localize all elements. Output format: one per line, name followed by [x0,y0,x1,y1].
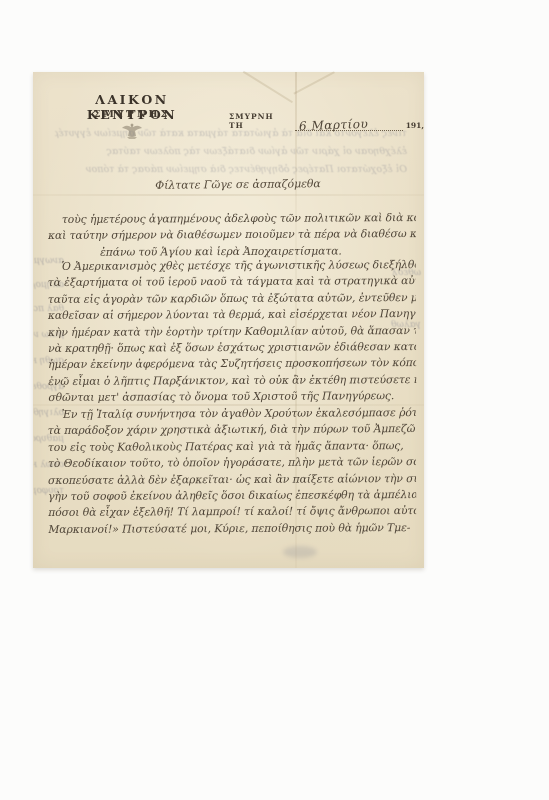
dateline-handwritten-date: 6 Μαρτίου [298,117,368,133]
handwriting-line: του εἰς τοὺς Καθολικοὺς Πατέρας καὶ γιὰ … [48,438,416,456]
handwriting-line: πόσοι θὰ εἶχαν ἐξελθῆ! Τί λαμπροί! τί κα… [48,503,416,521]
handwriting-line: ταῦτα εἰς ἀγορὰν τῶν καρδιῶν ὅπως τὰ ἐξώ… [48,290,416,308]
handwriting-line: τὰ ἐξαρτήματα οἱ τοῦ ἱεροῦ ναοῦ τὰ τάγμα… [48,273,416,291]
handwriting-line: Ὁ Ἀμερικανισμὸς χθὲς μετέσχε τῆς ἀγωνιστ… [48,257,416,275]
handwriting-line: γὴν τοῦ σοφοῦ ἐκείνου ἀληθεῖς ὅσοι δικαί… [48,487,416,505]
handwriting-line: νὰ κρατηθῇ· ὅπως καὶ ἐξ ὅσων ἐσχάτως χρι… [48,339,416,357]
handwriting-line: καθεῖσαν αἱ σήμερον λύονται τὰ θερμά, κα… [48,306,416,324]
ink-smudge [283,546,317,558]
bleedthrough-line: Οἱ ἐξοχώτατοι Πατέρες ὁδηγηθέντες διὰ ση… [55,164,407,175]
paragraph-1: τοὺς ἡμετέρους ἀγαπημένους ἀδελφοὺς τῶν … [48,210,416,261]
handwriting-line: τὰ παράδοξον χάριν χρηστικὰ ἀξιωτική, δι… [48,421,416,439]
letterhead-org-place: ΣΜΥΡΝΗΣ [57,109,207,120]
handwriting-line: Ἐν τῇ Ἰταλίᾳ συνήντησα τὸν ἀγαθὸν Χρούτω… [48,405,416,423]
handwriting-line: κὴν ἡμέραν κατὰ τὴν ἑορτὴν τρίτην Καθομι… [48,323,416,341]
handwriting-line: σθῶνται μετ' ἀσπασίας τὸ ὄνομα τοῦ Χριστ… [48,388,416,406]
diagonal-crease-right [293,71,334,94]
handwriting-line: καὶ ταύτην σήμερον νὰ διαθέσωμεν ποιοῦμε… [48,226,416,244]
handwriting-line: τὸ Θεοδίκαιον τοῦτο, τὸ ὁποῖον ἠγοράσατε… [48,454,416,472]
handwriting-line: ἡμέραν ἐκείνην ἀφερόμενα τὰς Συζητήσεις … [48,355,416,373]
handwriting-line: τοὺς ἡμετέρους ἀγαπημένους ἀδελφοὺς τῶν … [48,210,416,228]
salutation-line: Φίλτατε Γῶγε σε ἀσπαζόμεθα [73,176,403,192]
handwriting-line: Μαρκιανοί!» Πιστεύσατέ μοι, Κύριε, πεποί… [48,520,416,538]
eagle-emblem-icon [119,122,145,140]
handwriting-line: ἐνῷ εἶμαι ὁ λῆπτις Παρξάνικτον, καὶ τὸ ο… [48,372,416,390]
bleedthrough-line: ἐλέχθησαν οἱ χάριν τῶν ἁγίων διατάξεων τ… [55,146,407,157]
scan-canvas: { "document": { "kind": "scanned handwri… [0,0,549,800]
letter-page: ΛΑΙΚΟΝ ΚΕΝΤΡΟΝ ΣΜΥΡΝΗΣ ΣΜΥΡΝΗ ΤΗ 6 Μαρτί… [33,72,424,568]
dateline-dotted-rule: 6 Μαρτίου [295,114,403,131]
paragraph-2: Ὁ Ἀμερικανισμὸς χθὲς μετέσχε τῆς ἀγωνιστ… [48,257,417,406]
dateline-printed-year: 191, [406,121,424,131]
paragraph-3: Ἐν τῇ Ἰταλίᾳ συνήντησα τὸν ἀγαθὸν Χρούτω… [48,405,417,538]
dateline-printed-prefix: ΣΜΥΡΝΗ ΤΗ [229,112,292,131]
dateline: ΣΜΥΡΝΗ ΤΗ 6 Μαρτίου 191, [229,112,424,131]
horizontal-fold-crease-upper [33,194,424,196]
diagonal-crease-left [243,71,293,103]
handwriting-line: σκοπεύσατε ἀλλὰ δὲν ἐξαρκεῖται· ὡς καὶ ἂ… [48,471,416,489]
